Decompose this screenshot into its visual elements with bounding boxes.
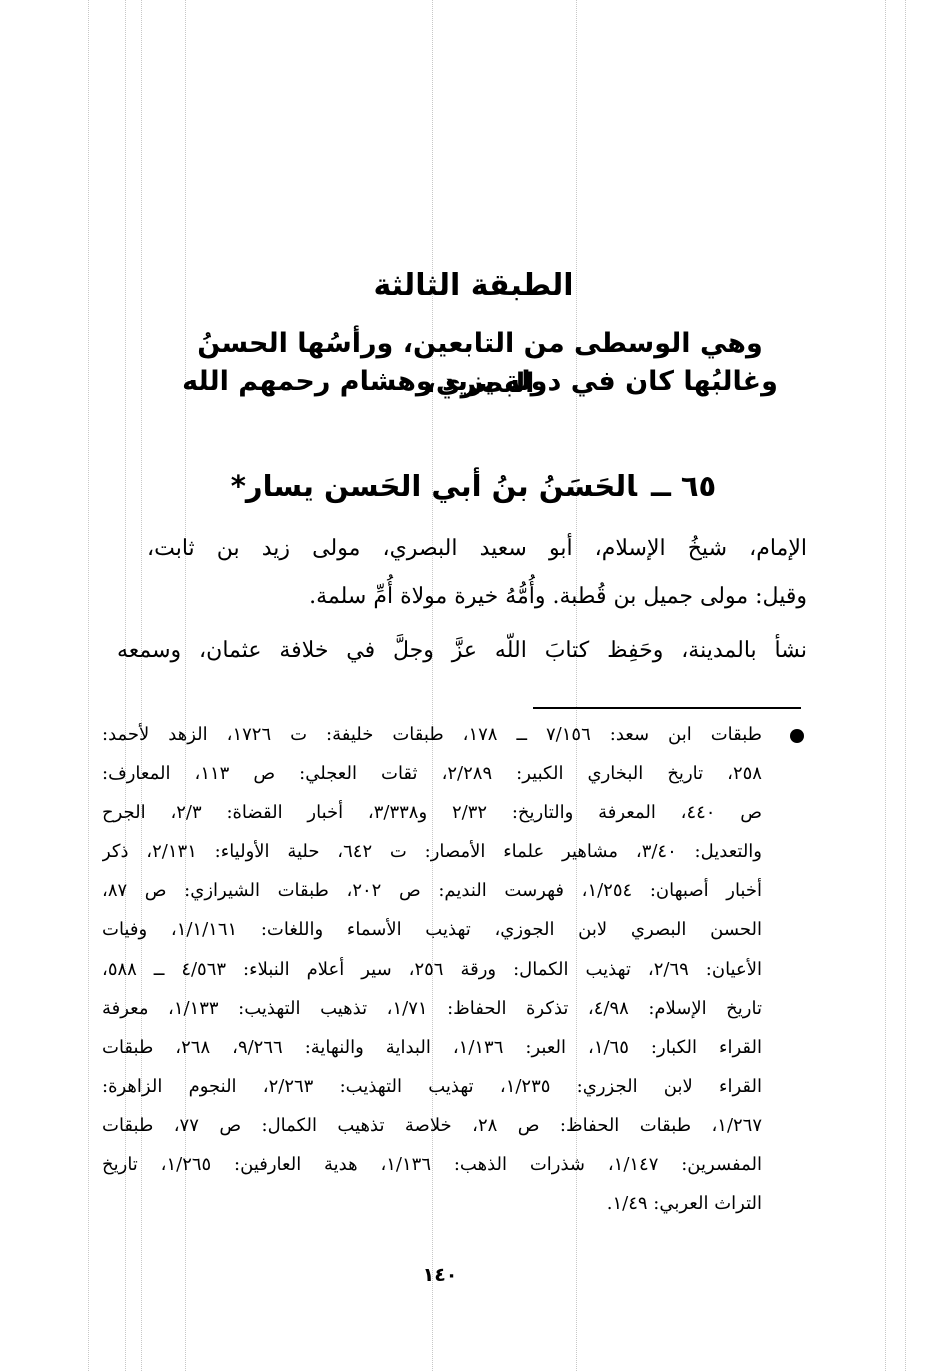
entry-number: ٦٥ bbox=[681, 469, 716, 503]
footnote-line: الأعيان: ٢/٦٩، تهذيب الكمال: ورقة ٢٥٦، س… bbox=[102, 955, 762, 985]
footnote-line: التراث العربي: ١/٤٩. bbox=[102, 1189, 762, 1219]
section-title: الطبقة الثالثة bbox=[0, 266, 947, 306]
body-text-line: وقيل: مولى جميل بن قُطبة. وأُمُّهُ خيرة … bbox=[107, 580, 807, 614]
scan-artifact-line bbox=[88, 0, 89, 1371]
footnote-line: أخبار أصبهان: ١/٢٥٤، فهرست النديم: ص ٢٠٢… bbox=[102, 876, 762, 906]
footnote-line: والتعديل: ٣/٤٠، مشاهير علماء الأمصار: ت … bbox=[102, 837, 762, 867]
scanned-book-page: الطبقة الثالثة وهي الوسطى من التابعين، و… bbox=[0, 0, 947, 1371]
entry-name: الحَسَنُ بنُ أبي الحَسن يسار* bbox=[231, 469, 637, 503]
footnote-line: طبقات ابن سعد: ٧/١٥٦ ــ ١٧٨، طبقات خليفة… bbox=[102, 720, 762, 750]
body-text-line: الإمام، شيخُ الإسلام، أبو سعيد البصري، م… bbox=[147, 532, 807, 566]
footnote-line: ١/٢٦٧، طبقات الحفاظ: ص ٢٨، خلاصة تذهيب ا… bbox=[102, 1111, 762, 1141]
entry-heading: ٦٥ــالحَسَنُ بنُ أبي الحَسن يسار* bbox=[0, 464, 947, 508]
footnote-line: المفسرين: ١/١٤٧، شذرات الذهب: ١/١٣٦، هدي… bbox=[102, 1150, 762, 1180]
footnote-line: ٢٥٨، تاريخ البخاري الكبير: ٢/٢٨٩، ثقات ا… bbox=[102, 759, 762, 789]
scan-artifact-line bbox=[905, 0, 906, 1371]
footnote-line: ص ٤٤٠، المعرفة والتاريخ: ٢/٣٢ و٣/٣٣٨، أخ… bbox=[102, 798, 762, 828]
body-text-line: نشأ بالمدينة، وحَفِظ كتابَ اللّه عزَّ وج… bbox=[117, 634, 807, 668]
page-number: ١٤٠ bbox=[380, 1264, 500, 1286]
footnote-asterisk-icon: * bbox=[790, 729, 804, 743]
scan-artifact-line bbox=[885, 0, 886, 1371]
footnote-line: القراء لابن الجزري: ١/٢٣٥، تهذيب التهذيب… bbox=[102, 1072, 762, 1102]
footnote-separator bbox=[533, 707, 801, 709]
footnote-line: تاريخ الإسلام: ٤/٩٨، تذكرة الحفاظ: ١/٧١،… bbox=[102, 994, 762, 1024]
footnote-line: القراء الكبار: ١/٦٥، العبر: ١/١٣٦، البدا… bbox=[102, 1033, 762, 1063]
section-subtitle-line-2: وغالبُها كان في دولة يزيد وهشام رحمهم ال… bbox=[150, 362, 810, 402]
entry-dash: ــ bbox=[651, 469, 671, 503]
footnote-line: الحسن البصري لابن الجوزي، تهذيب الأسماء … bbox=[102, 915, 762, 945]
